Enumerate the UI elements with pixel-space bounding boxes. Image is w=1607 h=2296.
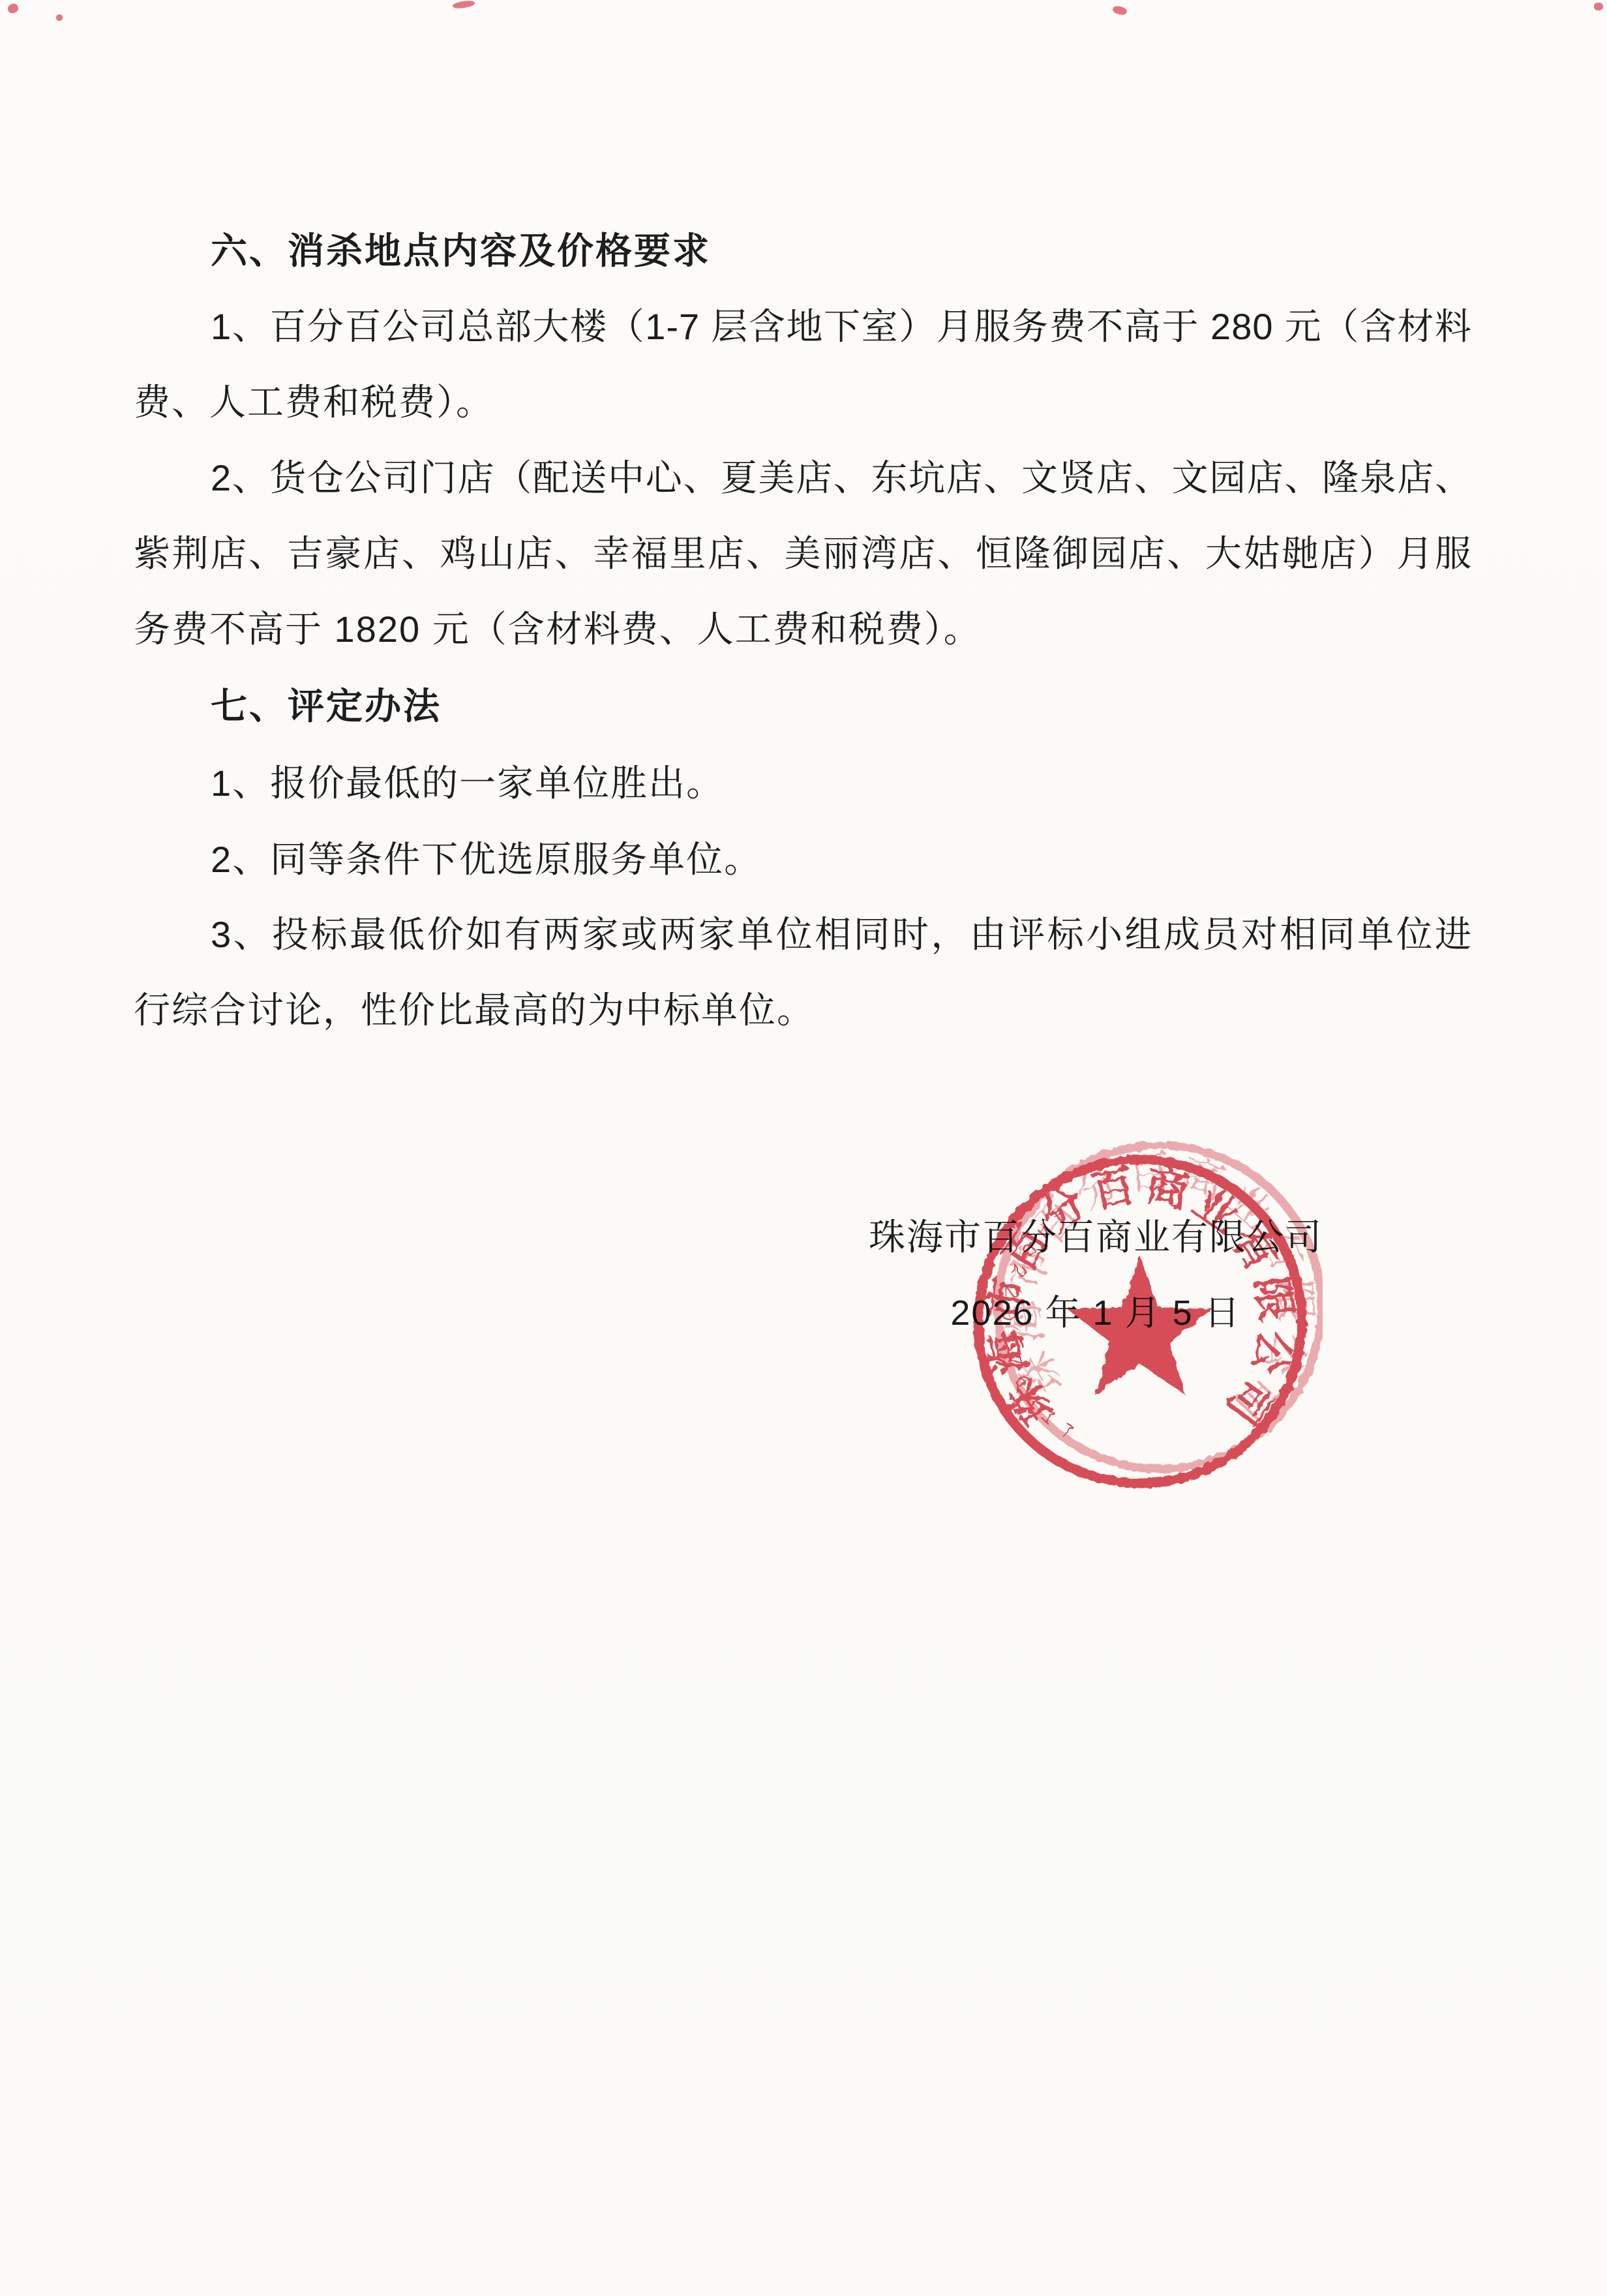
item-2-line: 2、同等条件下优选原服务单位。	[134, 836, 1472, 884]
para-2-line-2: 紫荆店、吉豪店、鸡山店、幸福里店、美丽湾店、恒隆御园店、大姑毑店）月服	[134, 530, 1472, 578]
item-1-line: 1、报价最低的一家单位胜出。	[134, 759, 1472, 808]
scan-artifact	[7, 3, 20, 15]
para-1-line-1: 1、百分百公司总部大楼（1-7 层含地下室）月服务费不高于 280 元（含材料	[134, 303, 1472, 351]
company-seal: 珠海市百分百商业有限公司 珠海市百分百商业有限公司 440220376117	[957, 1139, 1323, 1504]
para-2-line-3: 务费不高于 1820 元（含材料费、人工费和税费）。	[134, 605, 1472, 654]
seal-main-impression: 珠海市百分百商业有限公司 440220376117	[978, 1160, 1302, 1483]
scanned-document-page: 六、消杀地点内容及价格要求 1、百分百公司总部大楼（1-7 层含地下室）月服务费…	[0, 0, 1607, 2296]
scan-artifact	[1594, 3, 1603, 10]
para-1-line-2: 费、人工费和税费）。	[134, 378, 1472, 427]
item-3-line-1: 3、投标最低价如有两家或两家单位相同时，由评标小组成员对相同单位进	[134, 911, 1472, 959]
scan-artifact	[1112, 5, 1128, 16]
section-six-heading: 六、消杀地点内容及价格要求	[134, 227, 1472, 275]
section-seven-heading: 七、评定办法	[134, 682, 1472, 731]
scan-artifact	[56, 14, 63, 21]
para-2-line-1: 2、货仓公司门店（配送中心、夏美店、东坑店、文贤店、文园店、隆泉店、	[134, 454, 1472, 502]
scan-artifact	[452, 0, 475, 9]
item-3-line-2: 行综合讨论，性价比最高的为中标单位。	[134, 986, 1472, 1035]
seal-star-icon	[1067, 1256, 1213, 1395]
